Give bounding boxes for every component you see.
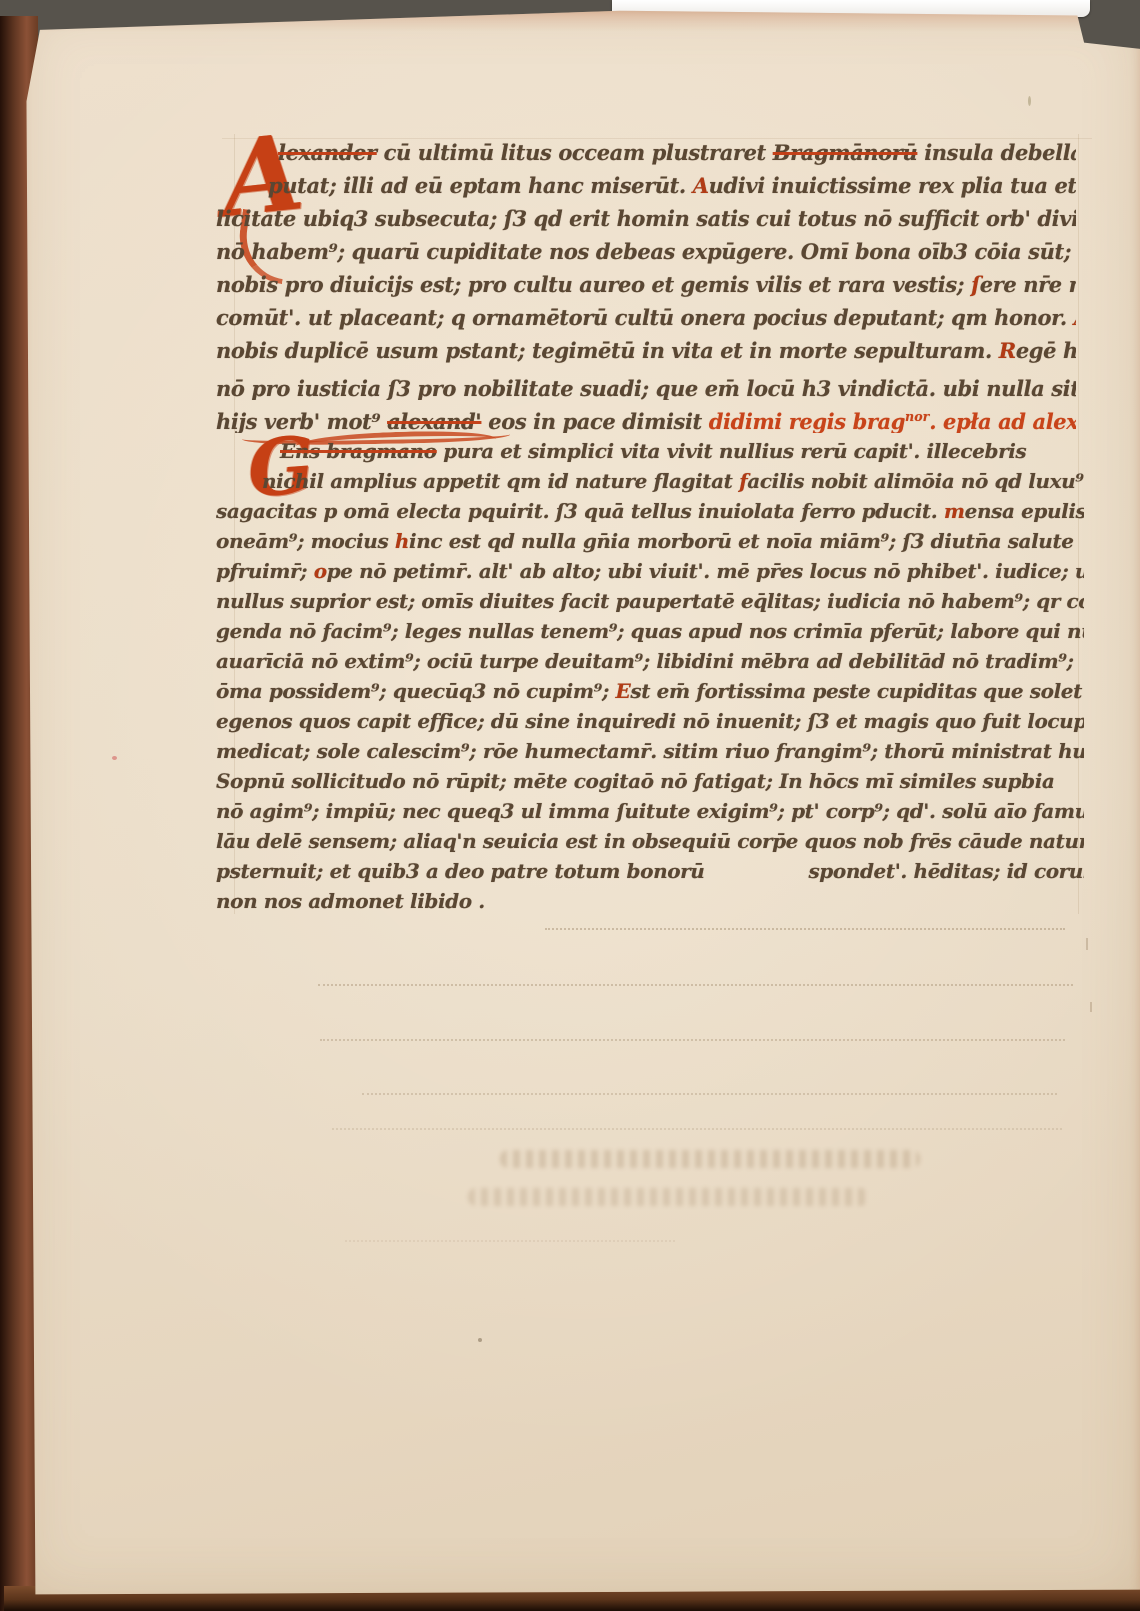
text-segment: st em̄ fortissima peste cupiditas que so… (630, 679, 1082, 703)
text-segment: lexander (278, 140, 377, 165)
text-segment: comūt'. ut placeant; q ornamētorū cultū … (216, 305, 1074, 330)
text-line: pfruimr̄; ope nō petimr̄. alt' ab alto; … (216, 556, 1084, 586)
text-line: licitate ubiq3 subsecuta; ſ3 qd erit hom… (216, 202, 1076, 235)
text-segment: spondet'. hēditas; id corubitū (808, 859, 1084, 883)
margin-mark (1090, 1002, 1092, 1012)
text-segment: Sopnū sollicitudo nō rūpit; mēte cogitaō… (216, 769, 1054, 793)
text-line: lexander cū ultimū litus occeam plustrar… (216, 136, 1076, 169)
text-segment: nullus suprior est; omīs diuites facit p… (216, 589, 1084, 613)
show-through-line (320, 1039, 1065, 1041)
text-segment: . epła ad alexād'⁹ (929, 409, 1076, 433)
text-segment: ensa epulis (965, 499, 1084, 523)
text-segment: medicat; sole calescim⁹; rōe humectamr̄.… (216, 739, 1084, 763)
text-line: Ens bragmano pura et simplici vita vivit… (216, 436, 1084, 466)
show-through-text (500, 1150, 920, 1168)
text-segment: h (395, 529, 409, 553)
text-line: psternuit; et quib3 a deo patre totum bo… (216, 856, 1084, 886)
text-segment: egenos quos capit effice; dū sine inquir… (216, 709, 1084, 733)
text-segment: pfruimr̄; (216, 559, 314, 583)
text-segment: nobis pro diuicijs est; pro cultu aureo … (216, 272, 971, 297)
manuscript-photo: A G lexander cū ultimū litus occeam plus… (0, 0, 1140, 1611)
text-segment: licitate ubiq3 subsecuta; ſ3 qd erit hom… (216, 206, 1076, 231)
show-through-line (545, 928, 1065, 930)
text-segment: A (1074, 305, 1076, 330)
text-segment: E (616, 679, 631, 703)
text-line: nō pro iusticia ſ3 pro nobilitate suadi;… (216, 367, 1076, 400)
text-line: genda nō facim⁹; leges nullas tenem⁹; qu… (216, 616, 1084, 646)
show-through-line (332, 1128, 1062, 1130)
text-segment: m (944, 499, 965, 523)
text-line: putat; illi ad eū eptam hanc miserūt. Au… (216, 169, 1076, 202)
text-segment: R (999, 338, 1016, 363)
show-through-line (318, 984, 1073, 986)
text-line: nō habem⁹; quarū cupiditate nos debeas e… (216, 235, 1076, 268)
text-line: medicat; sole calescim⁹; rōe humectamr̄.… (216, 736, 1084, 766)
text-segment: nor (905, 409, 929, 424)
text-segment: nō agim⁹; impiū; nec queq3 ul imma ſuitu… (216, 799, 1084, 823)
text-segment: egē h3 (1016, 338, 1076, 363)
text-segment: Bragmānorū (773, 140, 918, 165)
text-segment: pura et simplici vita vivit nullius rerū… (437, 439, 1027, 463)
text-line: nichil amplius appetit qm id nature flag… (216, 466, 1084, 496)
text-line: comūt'. ut placeant; q ornamētorū cultū … (216, 301, 1076, 334)
text-segment: ſ (971, 272, 980, 297)
text-line: hijs verb' mot⁹ alexand' eos in pace dim… (216, 400, 1076, 433)
text-segment: nō habem⁹; quarū cupiditate nos debeas e… (216, 239, 1076, 264)
text-segment: A (693, 173, 709, 198)
text-segment: nobis duplicē usum pstant; tegimētū in v… (216, 338, 999, 363)
text-line: nullus suprior est; omīs diuites facit p… (216, 586, 1084, 616)
red-speck (112, 756, 117, 760)
text-segment: oneām⁹; mocius (216, 529, 395, 553)
paragraph-bragmani: Ens bragmano pura et simplici vita vivit… (216, 436, 1084, 916)
text-segment: putat; illi ad eū eptam hanc miserūt. (268, 173, 693, 198)
text-segment: psternuit; et quib3 a deo patre totum bo… (216, 859, 704, 883)
text-segment: inc est qd nulla gn̄ia morborū et noīa m… (409, 529, 1074, 553)
show-through-line (345, 1240, 675, 1242)
ink-speck (478, 1338, 482, 1342)
text-segment: non nos admonet libido . (216, 889, 485, 913)
text-segment: o (314, 559, 327, 583)
text-segment: udivi inuictissime rex plia tua et fe (709, 173, 1076, 198)
text-segment: pe nō petimr̄. alt' ab alto; ubi viuit'.… (327, 559, 1084, 583)
text-line: egenos quos capit effice; dū sine inquir… (216, 706, 1084, 736)
text-segment: didimi regis brag (709, 409, 905, 433)
text-segment: lāu delē sensem; aliaq'n seuicia est in … (216, 829, 1084, 853)
text-line: nobis duplicē usum pstant; tegimētū in v… (216, 334, 1076, 367)
text-line: Sopnū sollicitudo nō rūpit; mēte cogitaō… (216, 766, 1084, 796)
text-segment: nō pro iusticia ſ3 pro nobilitate suadi;… (216, 376, 1076, 400)
text-line: ōma possidem⁹; quecūq3 nō cupim⁹; Est em… (216, 676, 1084, 706)
margin-mark (1086, 938, 1088, 950)
text-segment: genda nō facim⁹; leges nullas tenem⁹; qu… (216, 619, 1084, 643)
text-line: non nos admonet libido . (216, 886, 1084, 916)
text-segment: sagacitas p omā electa pquirit. ſ3 quā t… (216, 499, 944, 523)
text-segment: cū ultimū litus occeam plustraret (377, 140, 773, 165)
text-segment: nichil amplius appetit qm id nature flag… (262, 469, 739, 493)
text-line: oneām⁹; mocius hinc est qd nulla gn̄ia m… (216, 526, 1084, 556)
text-segment: insula debellare (917, 140, 1076, 165)
text-line: nō agim⁹; impiū; nec queq3 ul imma ſuitu… (216, 796, 1084, 826)
paragraph-alexander: lexander cū ultimū litus occeam plustrar… (216, 136, 1076, 433)
text-segment: ere nr̄e non (980, 272, 1076, 297)
show-through-line (362, 1093, 1057, 1095)
text-line: sagacitas p omā electa pquirit. ſ3 quā t… (216, 496, 1084, 526)
text-segment: acilis nobit alimōia nō qd luxu⁹. quā (747, 469, 1084, 493)
text-segment: auarīciā nō extim⁹; ociū turpe deuitam⁹;… (216, 649, 1074, 673)
ink-speck (1028, 96, 1031, 106)
text-line: lāu delē sensem; aliaq'n seuicia est in … (216, 826, 1084, 856)
text-segment: hijs verb' mot⁹ (216, 409, 387, 433)
show-through-text (468, 1188, 868, 1206)
text-segment: ōma possidem⁹; quecūq3 nō cupim⁹; (216, 679, 616, 703)
text-line: nobis pro diuicijs est; pro cultu aureo … (216, 268, 1076, 301)
text-segment: Ens bragmano (280, 439, 437, 463)
text-segment: alexand' (387, 409, 481, 433)
text-segment: eos in pace dimisit (481, 409, 708, 433)
text-line: auarīciā nō extim⁹; ociū turpe deuitam⁹;… (216, 646, 1084, 676)
